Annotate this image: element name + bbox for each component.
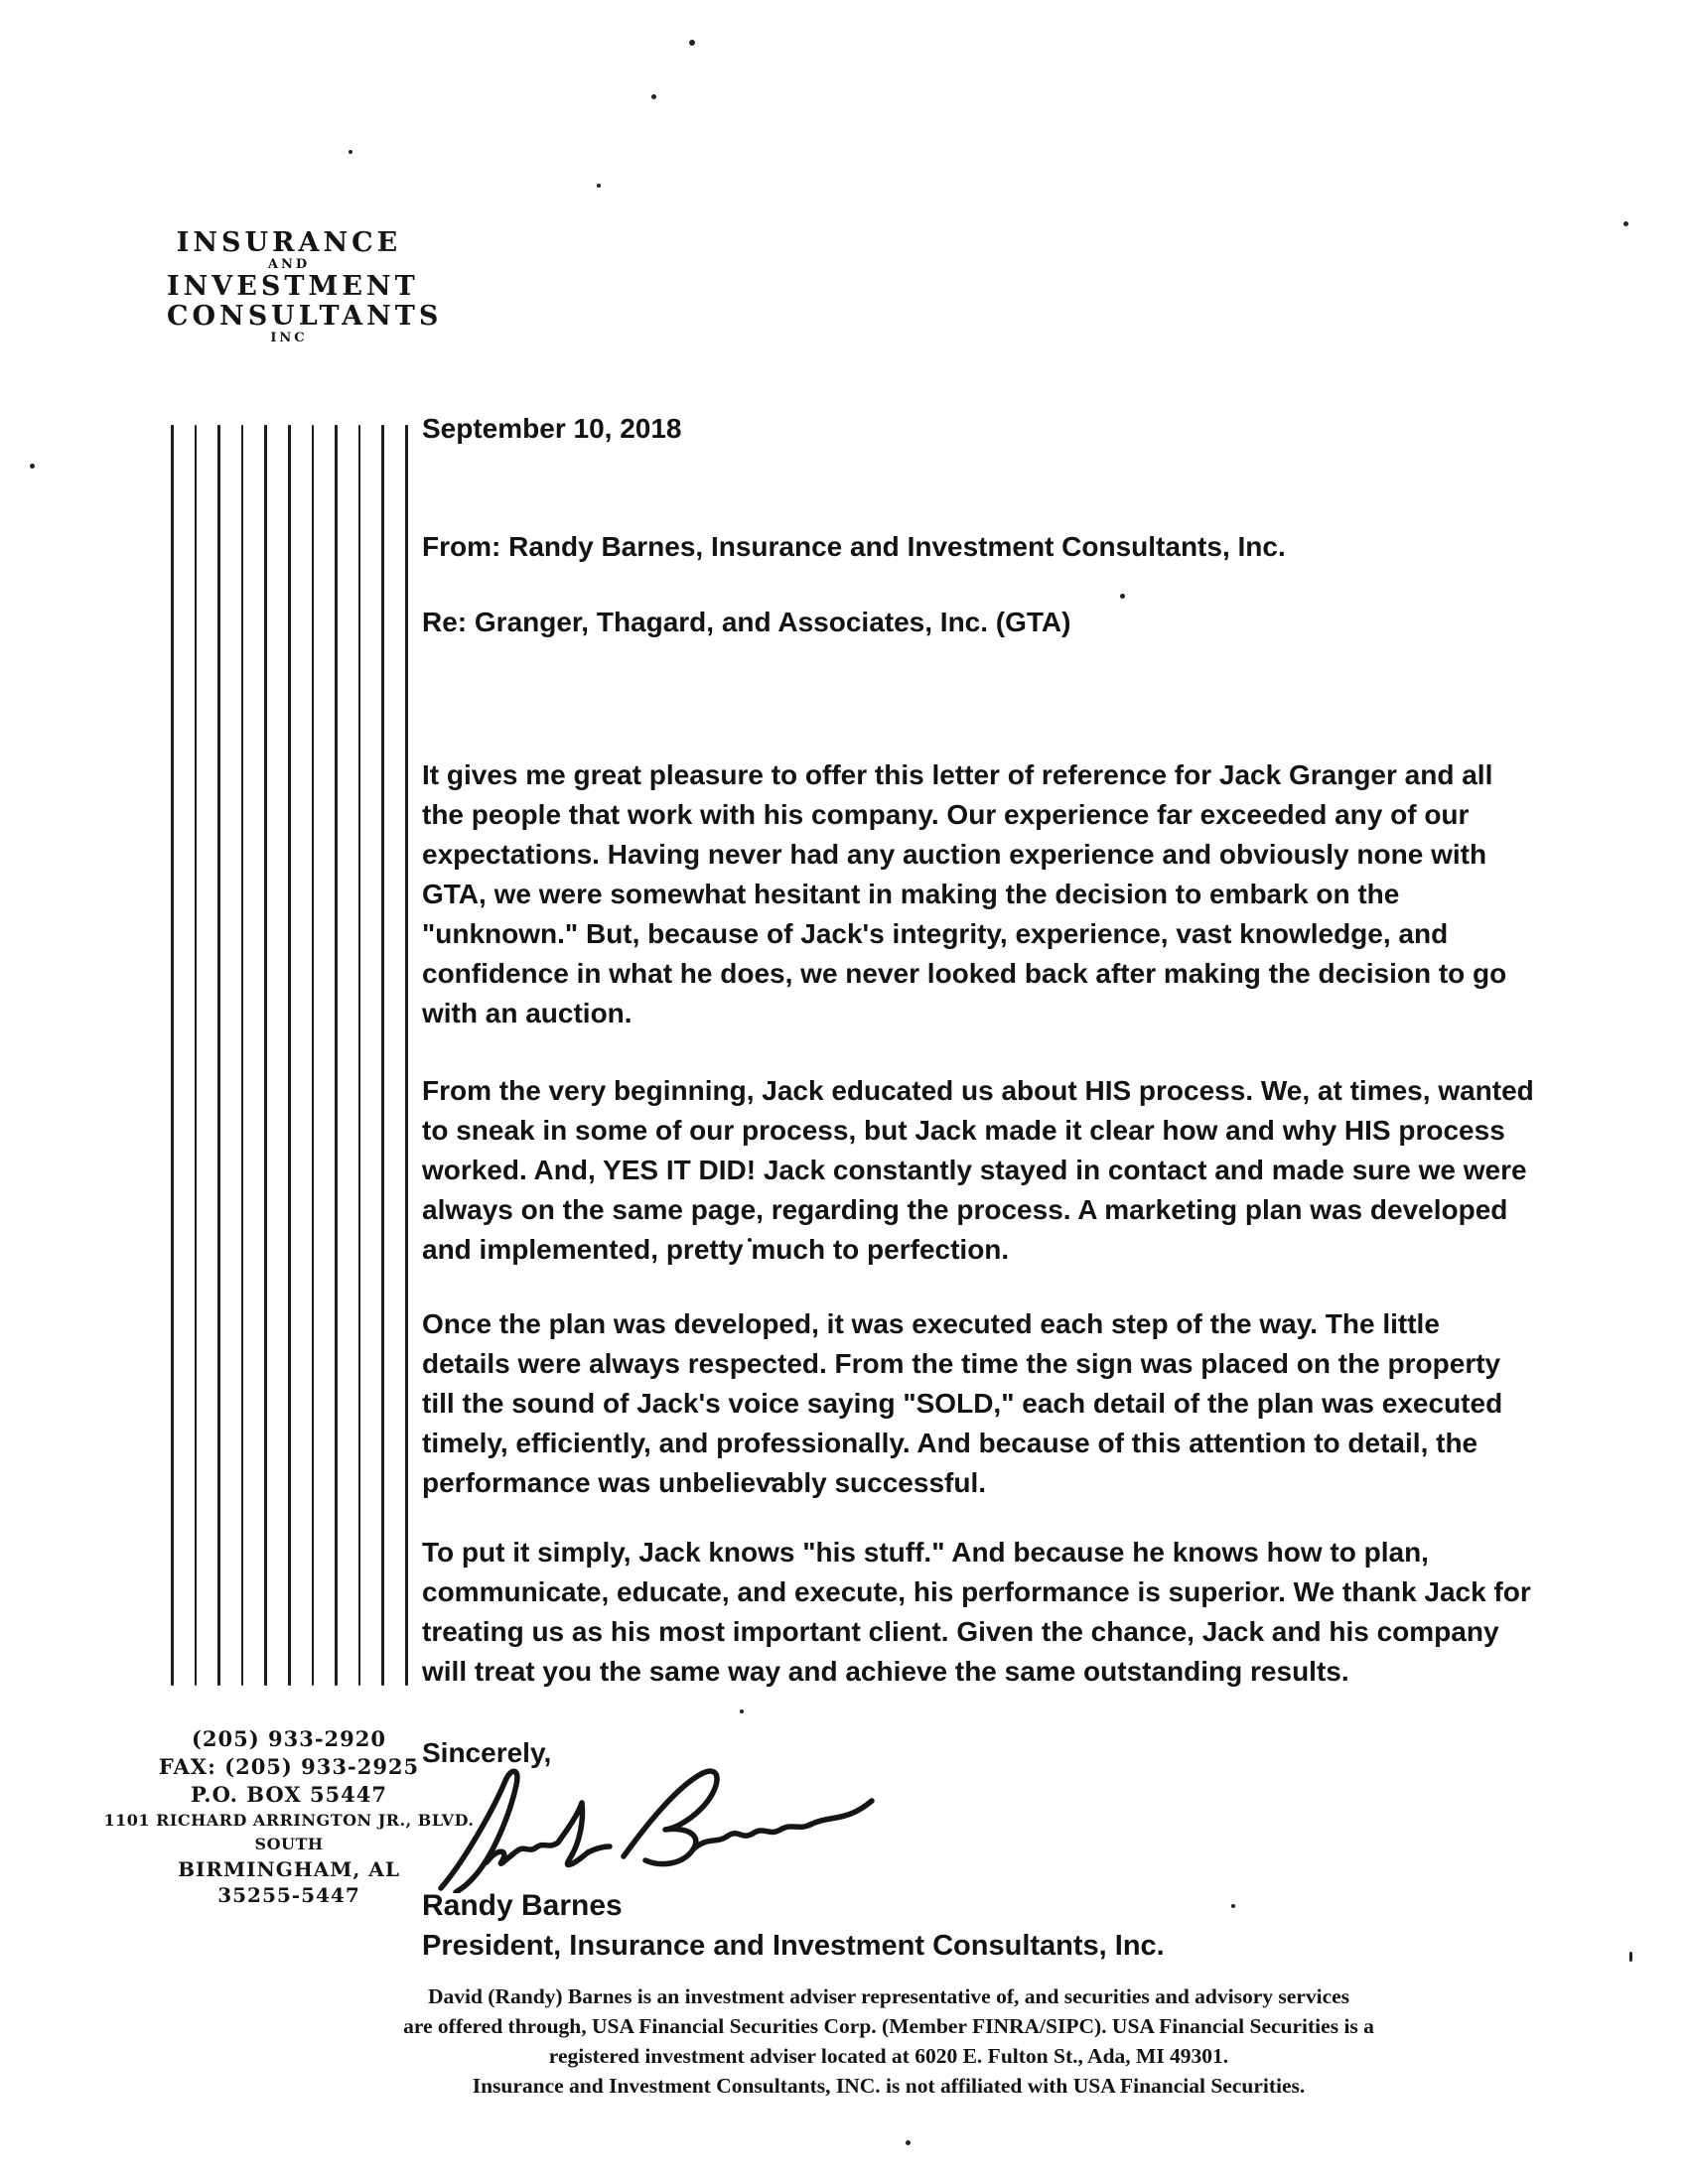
footer-line: David (Randy) Barnes is an investment ad… <box>248 1981 1529 2011</box>
footer-line: Insurance and Investment Consultants, IN… <box>248 2071 1529 2101</box>
scan-speck <box>349 150 352 154</box>
scan-speck <box>597 184 601 188</box>
letterhead-line-investment: INVESTMENT <box>167 272 411 302</box>
handwritten-signature <box>429 1759 886 1893</box>
letterhead-line-inc: INC <box>167 332 411 345</box>
scan-speck <box>1629 1952 1632 1962</box>
letter-from-line: From: Randy Barnes, Insurance and Invest… <box>422 527 1286 567</box>
letter-paragraph: From the very beginning, Jack educated u… <box>422 1071 1633 1270</box>
letter-paragraph: It gives me great pleasure to offer this… <box>422 755 1633 1033</box>
scan-speck <box>651 94 656 99</box>
contact-city: BIRMINGHAM, AL <box>84 1856 493 1882</box>
contact-block: (205) 933-2920 FAX: (205) 933-2925 P.O. … <box>84 1725 493 1908</box>
signer-title: President, Insurance and Investment Cons… <box>422 1926 1165 1966</box>
letter-paragraph: Once the plan was developed, it was exec… <box>422 1304 1633 1503</box>
letterhead-line-consultants: CONSULTANTS <box>167 302 411 332</box>
letter-date: September 10, 2018 <box>422 409 682 449</box>
letter-re-line: Re: Granger, Thagard, and Associates, In… <box>422 603 1070 642</box>
contact-zip: 35255-5447 <box>84 1882 493 1908</box>
footer-line: registered investment adviser located at… <box>248 2041 1529 2071</box>
scan-speck <box>748 1238 752 1242</box>
pinstripe-lines <box>171 425 408 1686</box>
scan-speck <box>1623 221 1628 226</box>
scan-speck <box>1231 1904 1235 1908</box>
letter-paragraph: To put it simply, Jack knows "his stuff.… <box>422 1533 1633 1692</box>
contact-pobox: P.O. BOX 55447 <box>84 1781 493 1809</box>
letterhead-line-and: AND <box>167 258 411 272</box>
footer-disclaimer: David (Randy) Barnes is an investment ad… <box>248 1981 1529 2101</box>
letterhead: INSURANCE AND INVESTMENT CONSULTANTS INC <box>167 228 411 345</box>
contact-street: 1101 RICHARD ARRINGTON JR., BLVD. SOUTH <box>84 1809 493 1856</box>
scanned-letter-page: INSURANCE AND INVESTMENT CONSULTANTS INC… <box>0 0 1688 2184</box>
contact-phone: (205) 933-2920 <box>84 1725 493 1753</box>
scan-speck <box>30 464 35 469</box>
scan-speck <box>689 40 695 46</box>
letterhead-line-insurance: INSURANCE <box>167 228 411 258</box>
scan-speck <box>1120 594 1125 599</box>
scan-speck <box>740 1709 744 1713</box>
contact-fax: FAX: (205) 933-2925 <box>84 1753 493 1781</box>
scan-speck <box>771 1477 774 1481</box>
scan-speck <box>906 2140 911 2145</box>
footer-line: are offered through, USA Financial Secur… <box>248 2011 1529 2041</box>
